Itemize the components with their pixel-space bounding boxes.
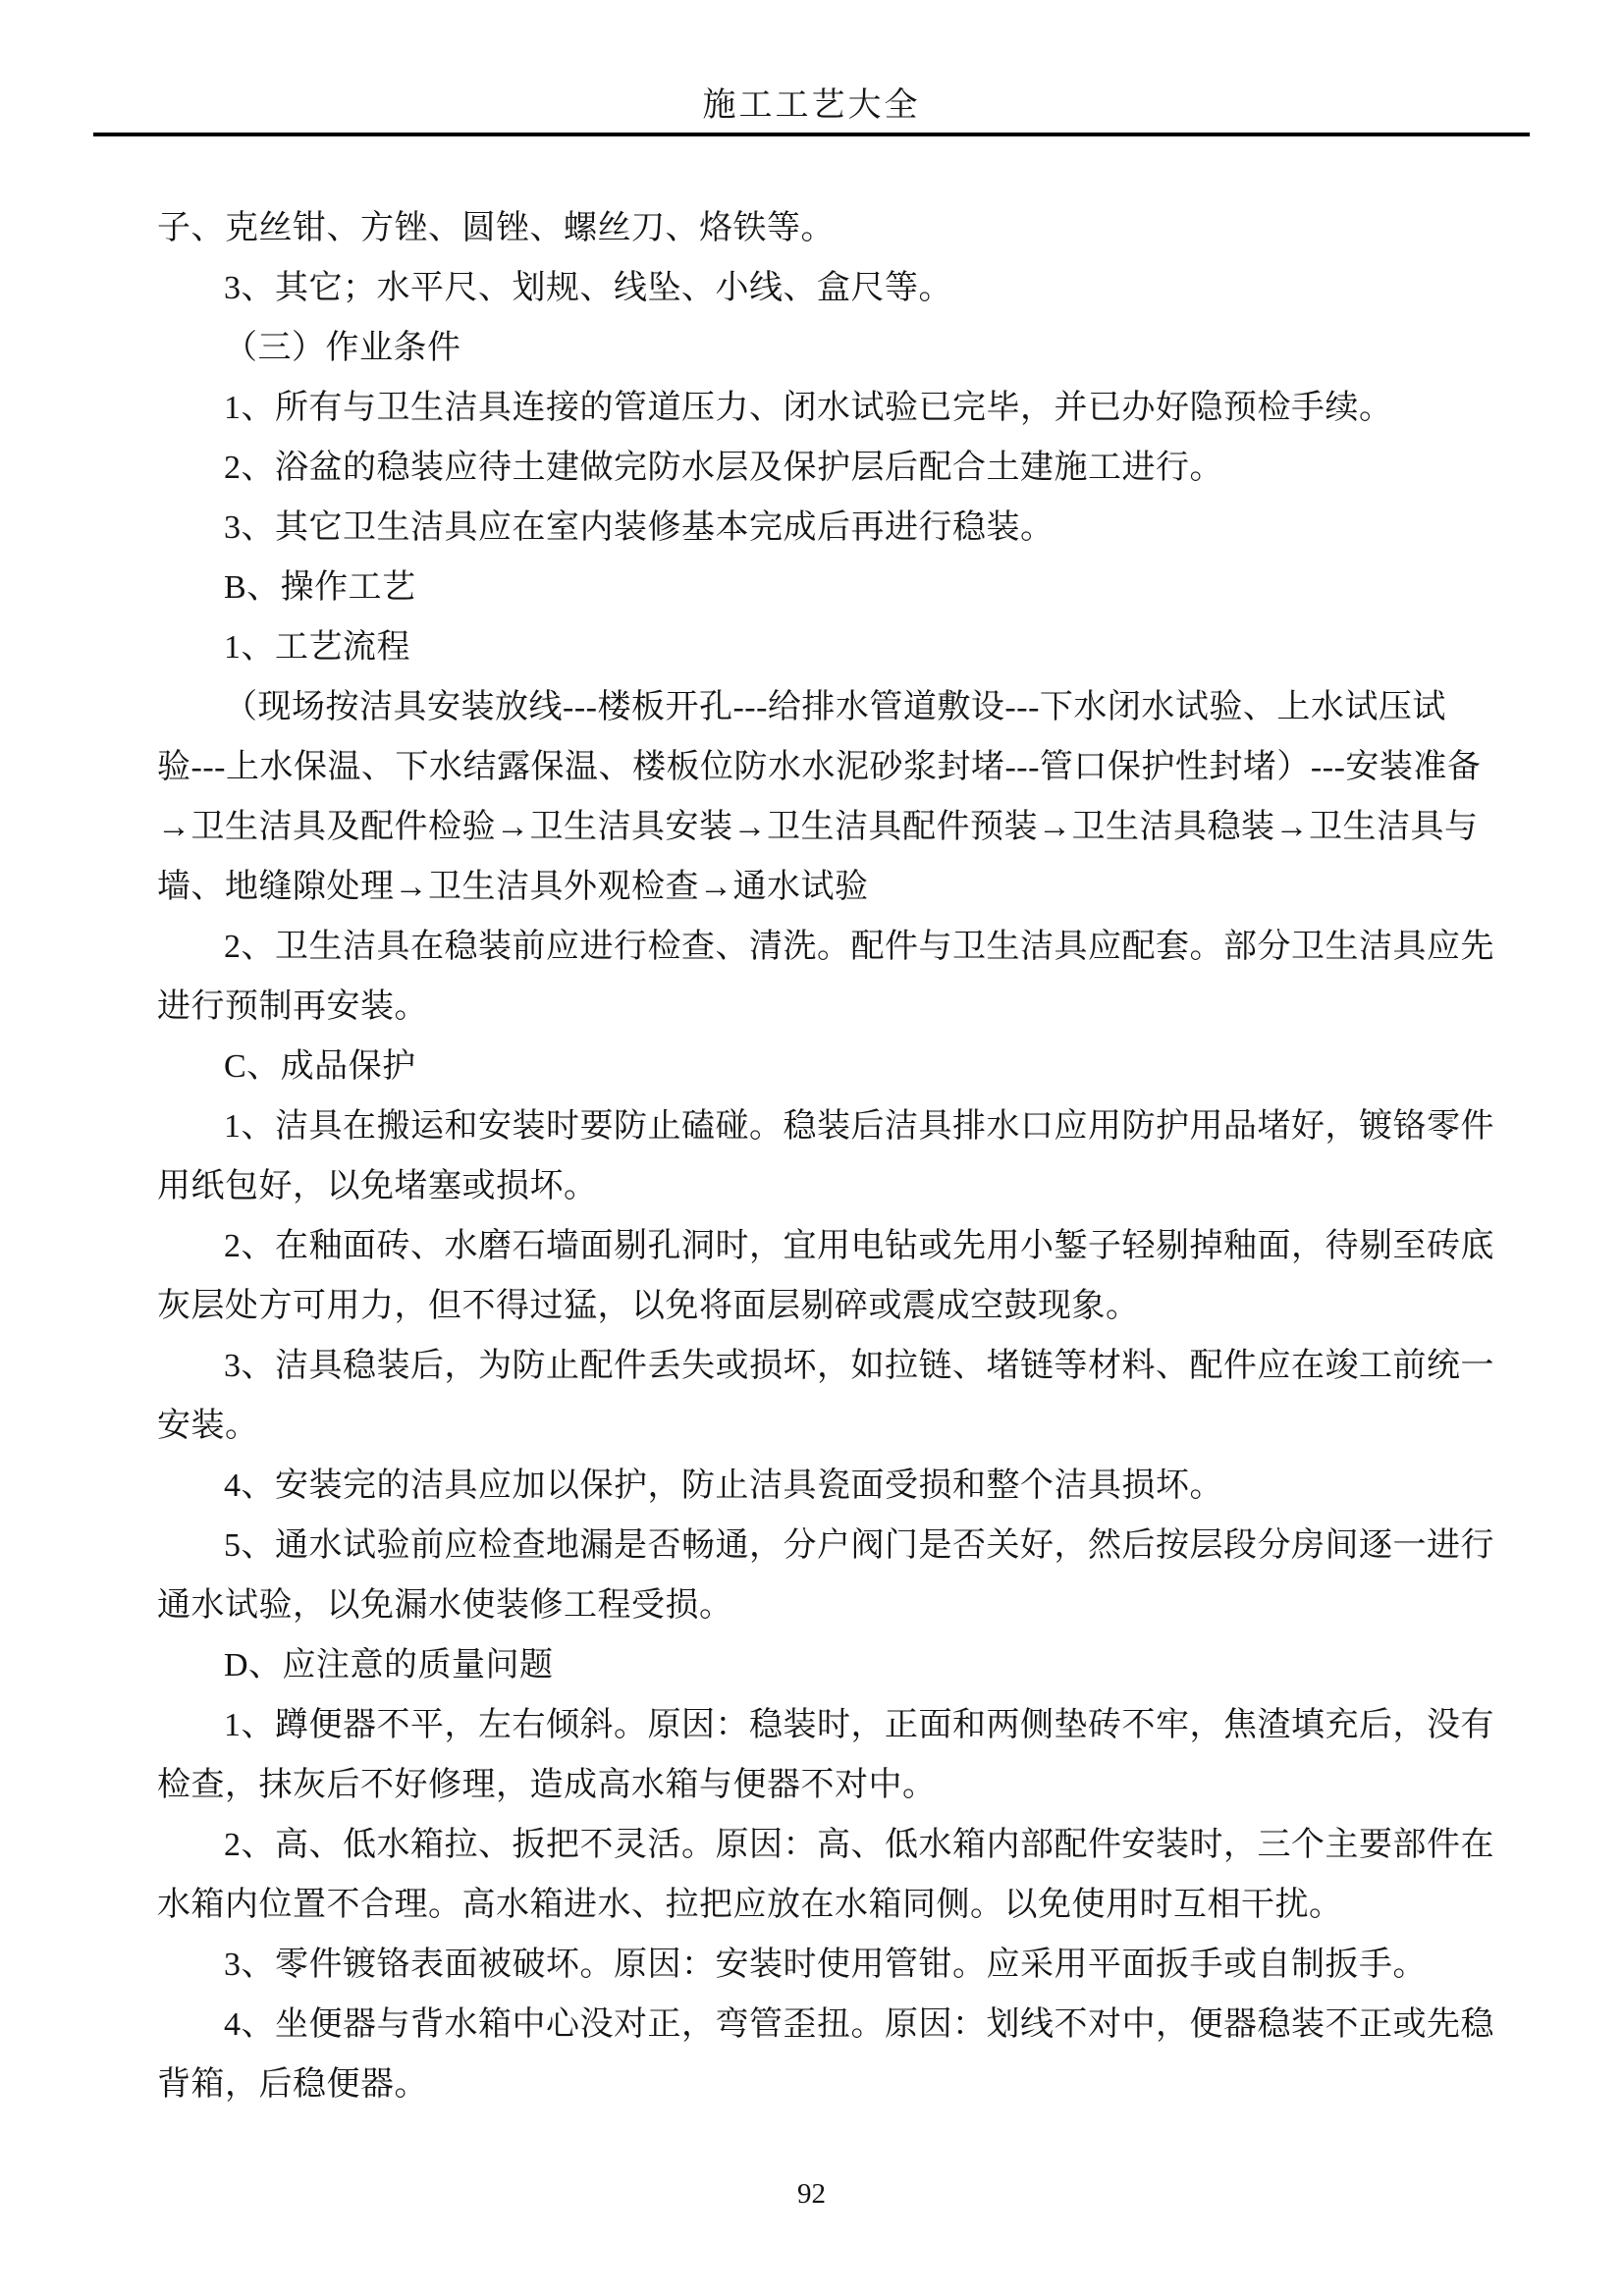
document-line: 灰层处方可用力，但不得过猛，以免将面层剔碎或震成空鼓现象。 <box>157 1276 1466 1336</box>
document-line: D、应注意的质量问题 <box>157 1635 1466 1695</box>
document-line: 检查，抹灰后不好修理，造成高水箱与便器不对中。 <box>157 1755 1466 1815</box>
document-line: 墙、地缝隙处理→卫生洁具外观检查→通水试验 <box>157 857 1466 917</box>
document-line: 2、高、低水箱拉、扳把不灵活。原因：高、低水箱内部配件安装时，三个主要部件在 <box>157 1815 1466 1875</box>
page-header-title: 施工工艺大全 <box>0 86 1623 126</box>
document-line: 4、安装完的洁具应加以保护，防止洁具瓷面受损和整个洁具损坏。 <box>157 1456 1466 1516</box>
header-divider <box>93 133 1530 136</box>
document-line: 用纸包好，以免堵塞或损坏。 <box>157 1156 1466 1216</box>
document-line: →卫生洁具及配件检验→卫生洁具安装→卫生洁具配件预装→卫生洁具稳装→卫生洁具与 <box>157 797 1466 857</box>
document-line: 通水试验，以免漏水使装修工程受损。 <box>157 1575 1466 1635</box>
document-line: 5、通水试验前应检查地漏是否畅通，分户阀门是否关好，然后按层段分房间逐一进行 <box>157 1516 1466 1575</box>
document-line: C、成品保护 <box>157 1037 1466 1096</box>
document-line: 1、洁具在搬运和安装时要防止磕碰。稳装后洁具排水口应用防护用品堵好，镀铬零件 <box>157 1096 1466 1156</box>
document-line: 4、坐便器与背水箱中心没对正，弯管歪扭。原因：划线不对中，便器稳装不正或先稳 <box>157 1995 1466 2055</box>
document-line: （三）作业条件 <box>157 318 1466 378</box>
document-line: 2、卫生洁具在稳装前应进行检查、清洗。配件与卫生洁具应配套。部分卫生洁具应先 <box>157 917 1466 977</box>
document-line: 1、工艺流程 <box>157 617 1466 677</box>
document-line: 水箱内位置不合理。高水箱进水、拉把应放在水箱同侧。以免使用时互相干扰。 <box>157 1875 1466 1935</box>
document-body: 子、克丝钳、方锉、圆锉、螺丝刀、烙铁等。3、其它；水平尺、划规、线坠、小线、盒尺… <box>157 198 1466 2114</box>
document-line: 3、零件镀铬表面被破坏。原因：安装时使用管钳。应采用平面扳手或自制扳手。 <box>157 1935 1466 1995</box>
document-page: 施工工艺大全 子、克丝钳、方锉、圆锉、螺丝刀、烙铁等。3、其它；水平尺、划规、线… <box>0 0 1623 2296</box>
document-line: 子、克丝钳、方锉、圆锉、螺丝刀、烙铁等。 <box>157 198 1466 258</box>
page-number: 92 <box>0 2177 1623 2211</box>
document-line: 2、浴盆的稳装应待土建做完防水层及保护层后配合土建施工进行。 <box>157 438 1466 498</box>
document-line: 2、在釉面砖、水磨石墙面剔孔洞时，宜用电钻或先用小錾子轻剔掉釉面，待剔至砖底 <box>157 1216 1466 1276</box>
document-line: （现场按洁具安装放线---楼板开孔---给排水管道敷设---下水闭水试验、上水试… <box>157 677 1466 737</box>
document-line: B、操作工艺 <box>157 558 1466 617</box>
document-line: 3、洁具稳装后，为防止配件丢失或损坏，如拉链、堵链等材料、配件应在竣工前统一 <box>157 1336 1466 1396</box>
document-line: 安装。 <box>157 1396 1466 1456</box>
document-line: 1、蹲便器不平，左右倾斜。原因：稳装时，正面和两侧垫砖不牢，焦渣填充后，没有 <box>157 1695 1466 1755</box>
document-line: 3、其它卫生洁具应在室内装修基本完成后再进行稳装。 <box>157 498 1466 558</box>
document-line: 3、其它；水平尺、划规、线坠、小线、盒尺等。 <box>157 258 1466 318</box>
document-line: 验---上水保温、下水结露保温、楼板位防水水泥砂浆封堵---管口保护性封堵）--… <box>157 737 1466 797</box>
document-line: 背箱，后稳便器。 <box>157 2055 1466 2114</box>
document-line: 进行预制再安装。 <box>157 977 1466 1037</box>
document-line: 1、所有与卫生洁具连接的管道压力、闭水试验已完毕，并已办好隐预检手续。 <box>157 378 1466 438</box>
